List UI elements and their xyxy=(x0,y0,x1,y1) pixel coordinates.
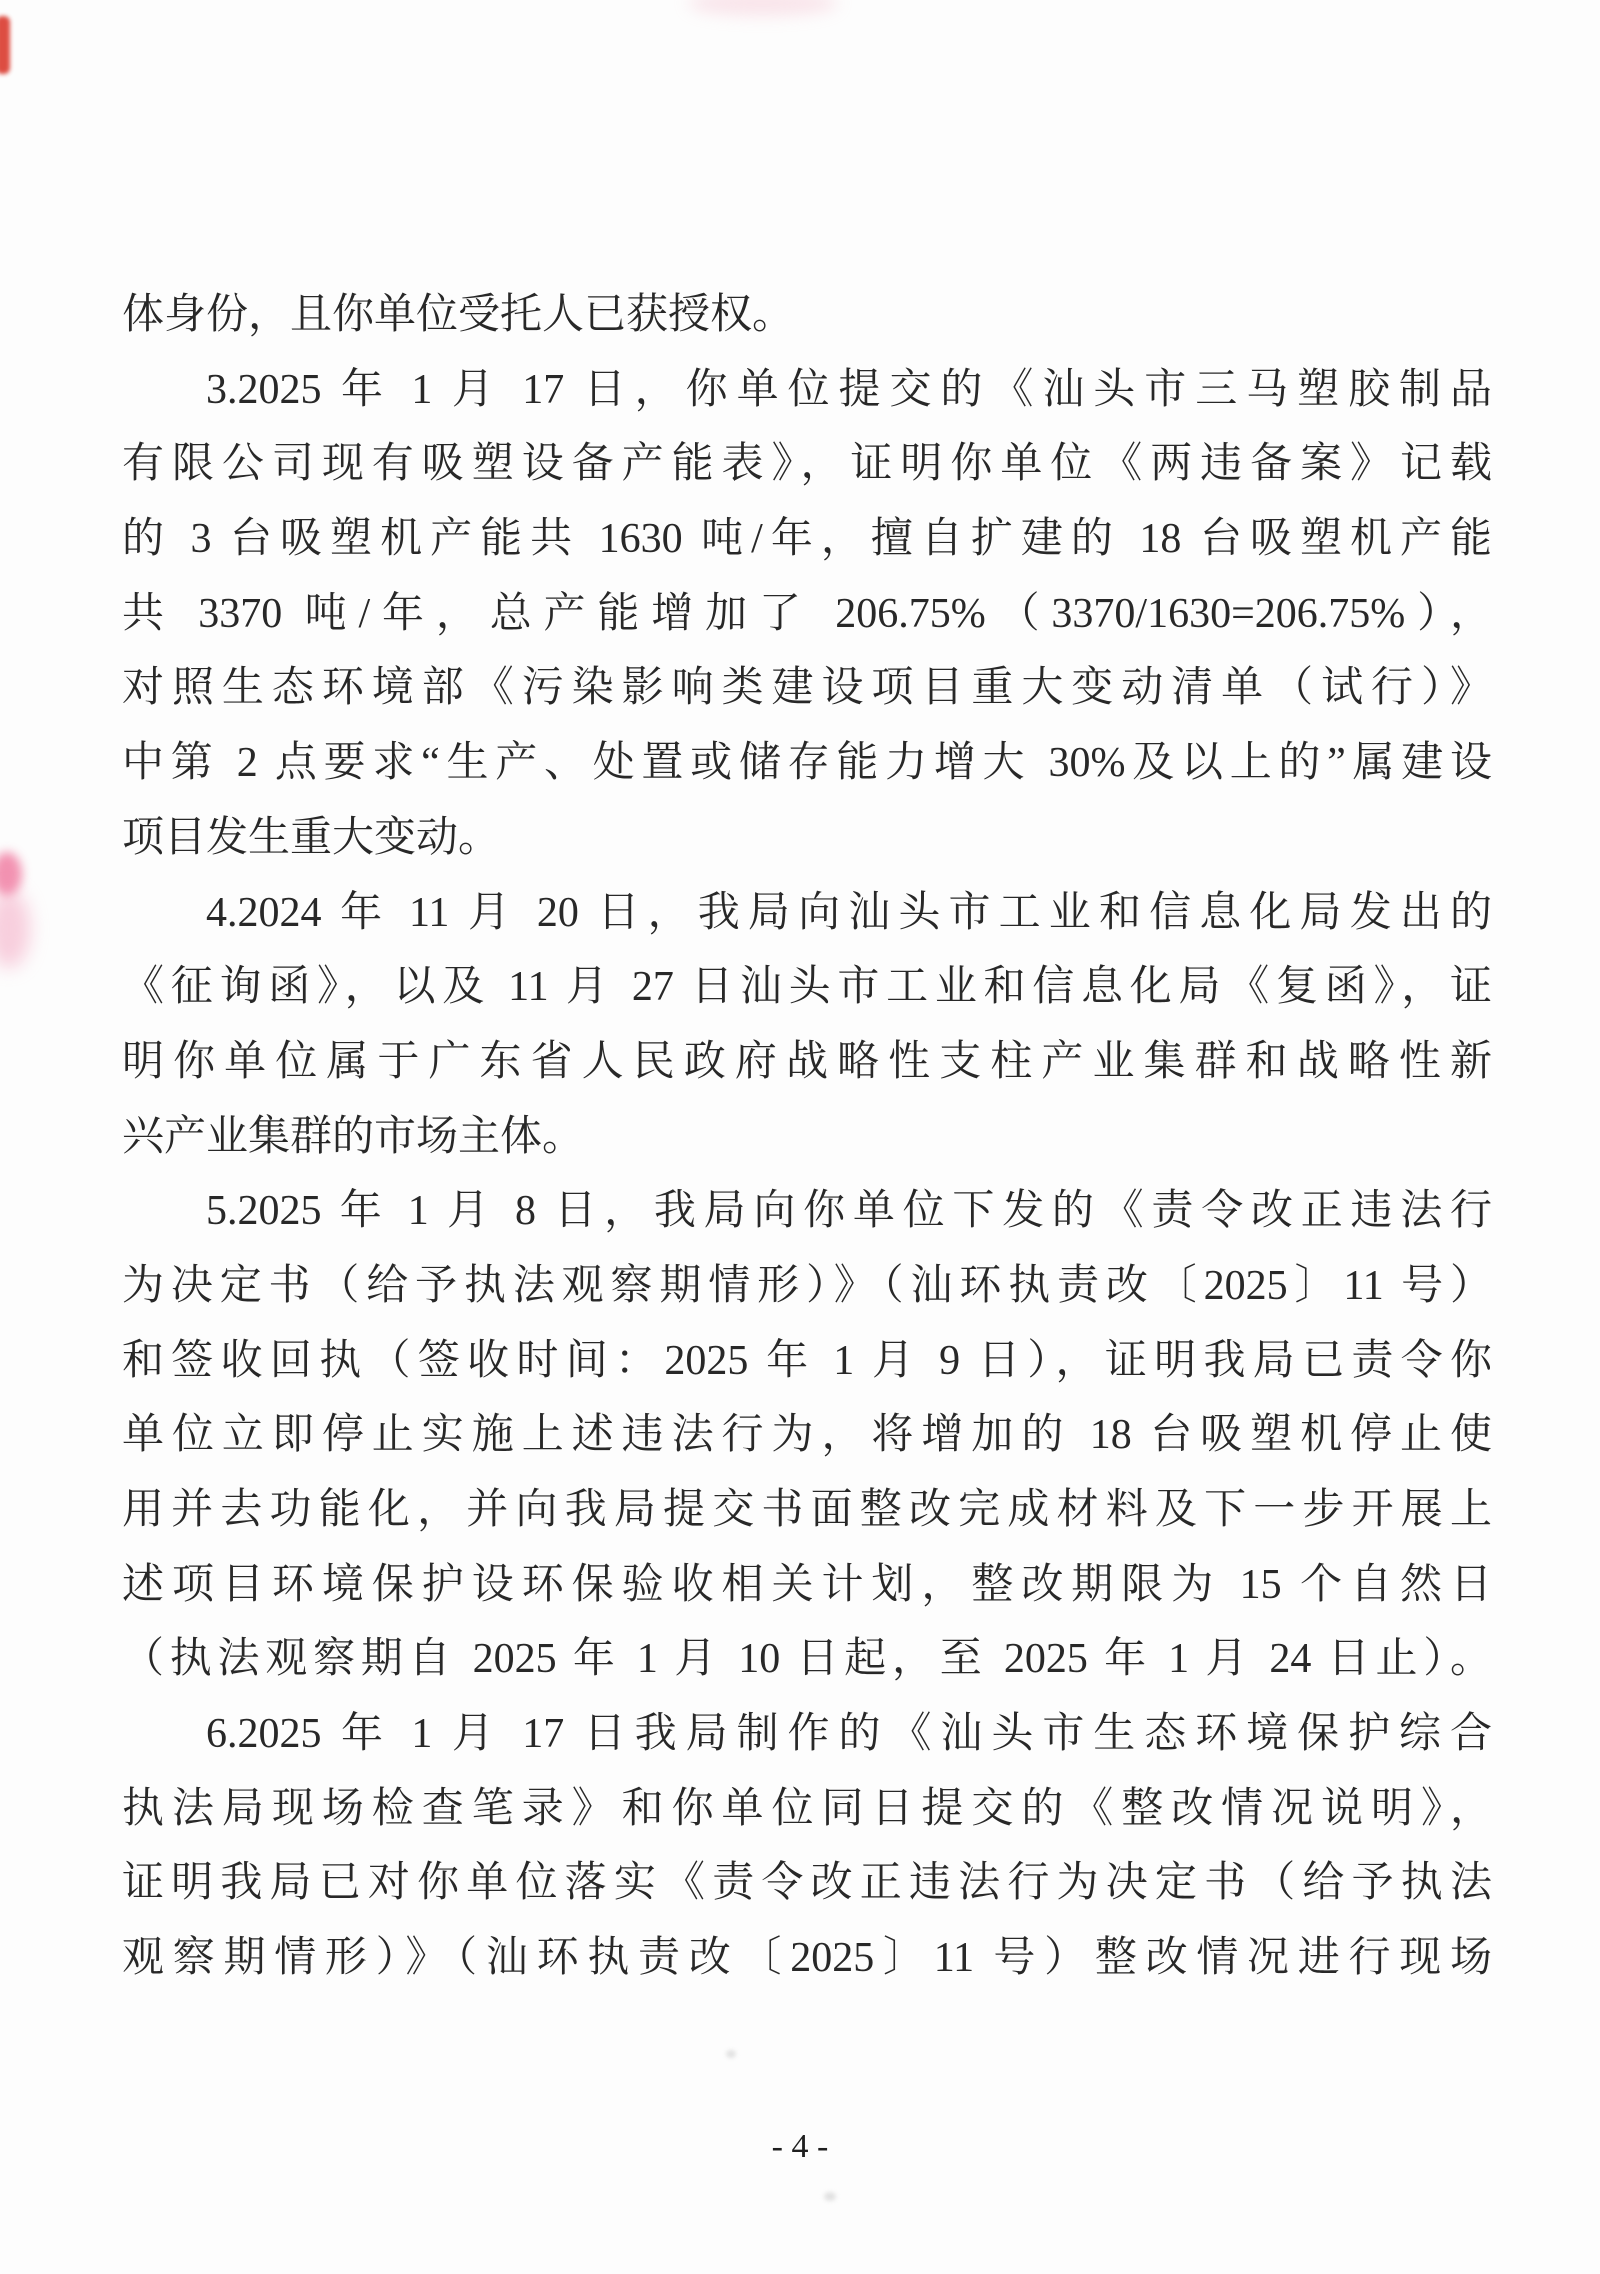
scan-artifact-red-mark xyxy=(0,16,10,74)
text-line: 明你单位属于广东省人民政府战略性支柱产业集群和战略性新 xyxy=(122,1025,1492,1100)
document-page: 体身份，且你单位受托人已获授权。3.2025 年 1 月 17 日，你单位提交的… xyxy=(0,0,1600,2274)
text-line: 的 3 台吸塑机产能共 1630 吨/年，擅自扩建的 18 台吸塑机产能 xyxy=(122,502,1492,577)
text-line: 用并去功能化，并向我局提交书面整改完成材料及下一步开展上 xyxy=(122,1473,1492,1548)
text-line: 为决定书（给予执法观察期情形）》（汕环执责改〔2025〕11 号） xyxy=(122,1249,1492,1324)
text-line: 和签收回执（签收时间：2025 年 1 月 9 日），证明我局已责令你 xyxy=(122,1324,1492,1399)
text-line: 4.2024 年 11 月 20 日，我局向汕头市工业和信息化局发出的 xyxy=(122,876,1492,951)
text-line: 有限公司现有吸塑设备产能表》，证明你单位《两违备案》记载 xyxy=(122,427,1492,502)
scan-artifact-speck xyxy=(726,2050,736,2058)
page-footer: - 4 - xyxy=(0,2128,1600,2166)
text-line: 3.2025 年 1 月 17 日，你单位提交的《汕头市三马塑胶制品 xyxy=(122,353,1492,428)
text-line: 证明我局已对你单位落实《责令改正违法行为决定书（给予执法 xyxy=(122,1846,1492,1921)
text-line: 单位立即停止实施上述违法行为，将增加的 18 台吸塑机停止使 xyxy=(122,1398,1492,1473)
scan-artifact-pink-smudge xyxy=(0,890,30,968)
text-line: 执法局现场检查笔录》和你单位同日提交的《整改情况说明》， xyxy=(122,1772,1492,1847)
text-line: 体身份，且你单位受托人已获授权。 xyxy=(122,278,1492,353)
text-line: 共 3370 吨/年，总产能增加了 206.75%（3370/1630=206.… xyxy=(122,577,1492,652)
page-number: - 4 - xyxy=(772,2128,829,2165)
scan-artifact-pink-smudge xyxy=(0,852,22,896)
scan-artifact-speck xyxy=(824,2192,836,2201)
text-line: 《征询函》，以及 11 月 27 日汕头市工业和信息化局《复函》，证 xyxy=(122,950,1492,1025)
document-body: 体身份，且你单位受托人已获授权。3.2025 年 1 月 17 日，你单位提交的… xyxy=(122,278,1492,1996)
text-line: 观察期情形）》（汕环执责改〔2025〕11 号）整改情况进行现场 xyxy=(122,1921,1492,1996)
text-line: 兴产业集群的市场主体。 xyxy=(122,1100,1492,1175)
text-line: 项目发生重大变动。 xyxy=(122,801,1492,876)
text-line: 6.2025 年 1 月 17 日我局制作的《汕头市生态环境保护综合 xyxy=(122,1697,1492,1772)
text-line: 中第 2 点要求“生产、处置或储存能力增大 30%及以上的”属建设 xyxy=(122,726,1492,801)
scan-artifact-pink-smudge xyxy=(688,0,838,16)
text-line: 对照生态环境部《污染影响类建设项目重大变动清单（试行）》 xyxy=(122,651,1492,726)
text-line: 5.2025 年 1 月 8 日，我局向你单位下发的《责令改正违法行 xyxy=(122,1174,1492,1249)
text-line: （执法观察期自 2025 年 1 月 10 日起，至 2025 年 1 月 24… xyxy=(122,1622,1492,1697)
text-line: 述项目环境保护设环保验收相关计划，整改期限为 15 个自然日 xyxy=(122,1548,1492,1623)
